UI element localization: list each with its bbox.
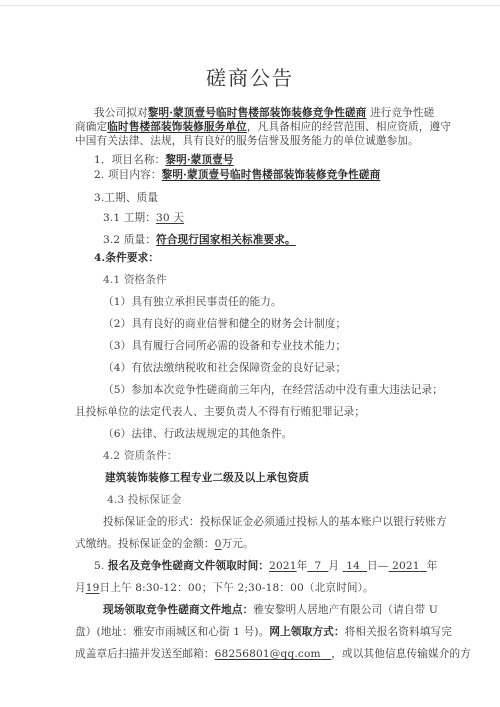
onsite-location-line: 现场领取竞争性磋商文件地点：雅安黎明人居地产有限公司（请自带 U	[103, 604, 438, 617]
intro-text: 进行竞争性磋	[366, 107, 434, 119]
section-3-1: 3.1 工期：30 天	[103, 212, 184, 225]
start-month: 7	[314, 560, 321, 572]
page-edge-line	[0, 5, 500, 6]
condition-5: （5）参加本次竞争性磋商前三年内，在经营活动中没有重大违法记录；	[103, 384, 443, 397]
onsite-value: 雅安黎明人居地产有限公司（请自带 U	[253, 604, 438, 616]
intro-line-1: 我公司拟对黎明·蒙顶壹号临时售楼部装饰装修竞争性磋商 进行竞争性磋	[94, 107, 434, 120]
qualification-requirement: 建筑装饰装修工程专业二级及以上承包资质	[105, 472, 309, 485]
end-year-char: 年	[427, 560, 438, 572]
section-3-2: 3.2 质量：符合现行国家相关标准要求。	[103, 234, 296, 247]
item-label: 1．项目名称：	[94, 154, 165, 166]
onsite-label: 现场领取竞争性磋商文件地点：	[103, 604, 253, 616]
deposit-line-2: 式缴纳。投标保证金的金额：0万元。	[75, 538, 254, 551]
condition-3: （3）具有履行合同所必需的设备和专业技术能力；	[103, 340, 346, 353]
online-label: 网上领取方式：	[269, 626, 344, 638]
intro-line-3: 中国有关法律、法规，具有良好的服务信誉及服务能力的单位诚邀参加。	[75, 135, 419, 148]
address-line: 盘）(地址：雅安市雨城区和心街 1 号)。网上领取方式：将相关报名资料填写完	[75, 626, 452, 639]
deposit-amount: 0	[215, 538, 222, 550]
intro-line-2: 商确定临时售楼部装饰装修服务单位，凡具备相应的经营范围、相应资质，遵守	[75, 121, 451, 134]
email-trailing-text: ，或以其他信息传输媒介的方	[331, 648, 471, 660]
email-label: 成盖章后扫描并发送至邮箱：	[75, 648, 215, 660]
project-title-underlined: 黎明·蒙顶壹号临时售楼部装饰装修竞争性磋商	[148, 107, 367, 119]
section-4-1: 4.1 资格条件	[103, 274, 167, 287]
month-char: 月	[328, 560, 339, 572]
condition-1: （1）具有独立承担民事责任的能力。	[103, 296, 282, 309]
end-day: 19	[86, 582, 100, 594]
section-number: 5.	[94, 560, 104, 572]
service-unit-underlined: 临时售楼部装饰装修服务单位	[107, 121, 247, 133]
item-value: 黎明·蒙顶壹号临时售楼部装饰装修竞争性磋商	[162, 169, 381, 181]
year-char: 年	[297, 560, 308, 572]
email-line: 成盖章后扫描并发送至邮箱：68256801@qq.com ，或以其他信息传输媒介…	[75, 648, 471, 661]
intro-text: 商确定	[75, 121, 107, 133]
deposit-text: 万元。	[222, 538, 254, 550]
day-dash: 日—	[367, 560, 389, 572]
start-day: 14	[346, 560, 360, 572]
page-title: 磋商公告	[0, 62, 500, 91]
month-char: 月	[75, 582, 86, 594]
section-4-heading: 4.条件要求：	[94, 252, 159, 265]
time-range: 日上午 8:30-12：00；下午 2;30-18：00（北京时间）。	[100, 582, 374, 594]
online-value: 将相关报名资料填写完	[345, 626, 452, 638]
deposit-line-1: 投标保证金的形式：投标保证金必须通过投标人的基本账户以银行转账方	[103, 516, 447, 529]
item-value: 30 天	[156, 212, 184, 224]
section-3-heading: 3.工期、质量	[94, 192, 158, 205]
registration-time-line-2: 月19日上午 8:30-12：00；下午 2;30-18：00（北京时间）。	[75, 582, 374, 595]
deposit-text: 式缴纳。投标保证金的金额：	[75, 538, 215, 550]
condition-5-continued: 且投标单位的法定代表人、主要负责人不得有行贿犯罪记录；	[75, 406, 365, 419]
section-4-3: 4.3 投标保证金	[107, 494, 182, 507]
registration-time-line-1: 5. 报名及竞争性磋商文件领取时间：2021年 7 月 14 日— 2021 年	[94, 560, 437, 573]
registration-time-label: 报名及竞争性磋商文件领取时间：	[108, 560, 269, 572]
condition-6: （6）法律、行政法规规定的其他条件。	[103, 428, 293, 441]
item-value: 黎明·蒙顶壹号	[165, 154, 233, 166]
end-year: 2021	[392, 560, 420, 572]
item-project-name: 1．项目名称：黎明·蒙顶壹号	[94, 154, 234, 167]
intro-text: ，凡具备相应的经营范围、相应资质，遵守	[247, 121, 451, 133]
start-year: 2021	[269, 560, 297, 572]
item-value: 符合现行国家相关标准要求。	[156, 234, 296, 246]
item-label: 3.2 质量：	[103, 234, 156, 246]
item-project-content: 2. 项目内容：黎明·蒙顶壹号临时售楼部装饰装修竞争性磋商	[94, 169, 380, 182]
section-4-2: 4.2 资质条件：	[103, 450, 178, 463]
condition-4: （4）有依法缴纳税收和社会保障资金的良好记录；	[103, 362, 346, 375]
email-text[interactable]: 68256801@qq.com	[215, 648, 321, 660]
item-label: 3.1 工期：	[103, 212, 156, 224]
condition-2: （2）具有良好的商业信誉和健全的财务会计制度；	[103, 318, 346, 331]
email-address[interactable]: 68256801@qq.com	[215, 648, 332, 660]
intro-text: 我公司拟对	[94, 107, 148, 119]
item-label: 2. 项目内容：	[94, 169, 162, 181]
address-text: 盘）(地址：雅安市雨城区和心街 1 号)。	[75, 626, 269, 638]
